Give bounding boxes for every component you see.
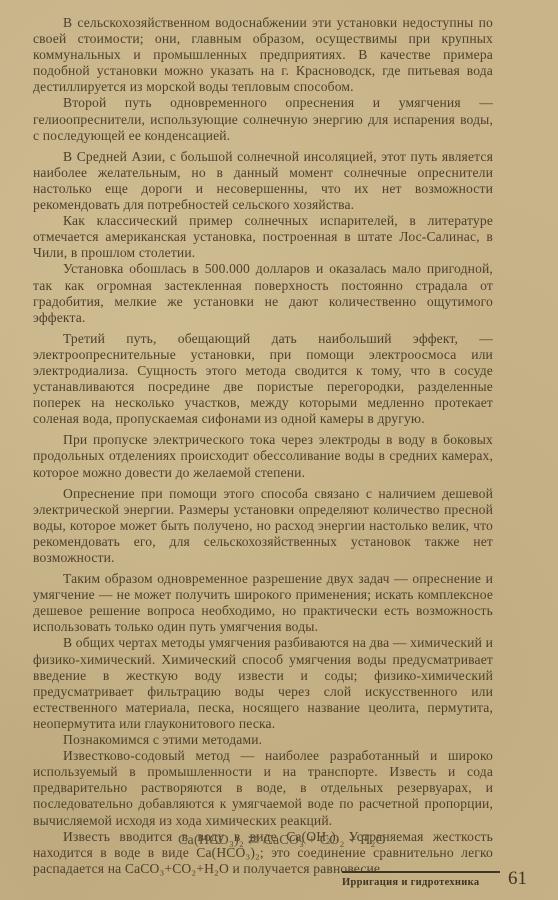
paragraph-3: В Средней Азии, с большой солнечной инсо…	[33, 149, 493, 213]
body-text: В сельскохозяйственном водоснабжении эти…	[33, 15, 493, 877]
paragraph-7: При пропуске электрического тока через э…	[33, 432, 493, 480]
running-title: Ирригация и гидротехника	[342, 877, 479, 888]
chemical-equation: Ca(HCO₃)₂ ⇄ CaCO₃ + CO₂ + H₂O	[178, 832, 386, 849]
paragraph-8: Опреснение при помощи этого способа связ…	[33, 486, 493, 566]
scanned-page: В сельскохозяйственном водоснабжении эти…	[0, 0, 558, 900]
paragraph-1: В сельскохозяйственном водоснабжении эти…	[33, 15, 493, 95]
paragraph-6: Третий путь, обещающий дать наибольший э…	[33, 331, 493, 428]
page-footer: Ирригация и гидротехника 61	[340, 871, 525, 895]
paragraph-2: Второй путь одновременного опреснения и …	[33, 95, 493, 143]
paragraph-12: Известково-содовый метод — наиболее разр…	[33, 748, 493, 828]
paragraph-10: В общих чертах методы умягчения разбиваю…	[33, 635, 493, 732]
paragraph-5: Установка обошлась в 500.000 долларов и …	[33, 261, 493, 325]
page-number: 61	[508, 868, 527, 890]
paragraph-4: Как классический пример солнечных испари…	[33, 213, 493, 261]
paragraph-9: Таким образом одновременное разрешение д…	[33, 571, 493, 635]
footer-rule	[342, 871, 500, 873]
paragraph-11: Познакомимся с этими методами.	[33, 732, 493, 748]
